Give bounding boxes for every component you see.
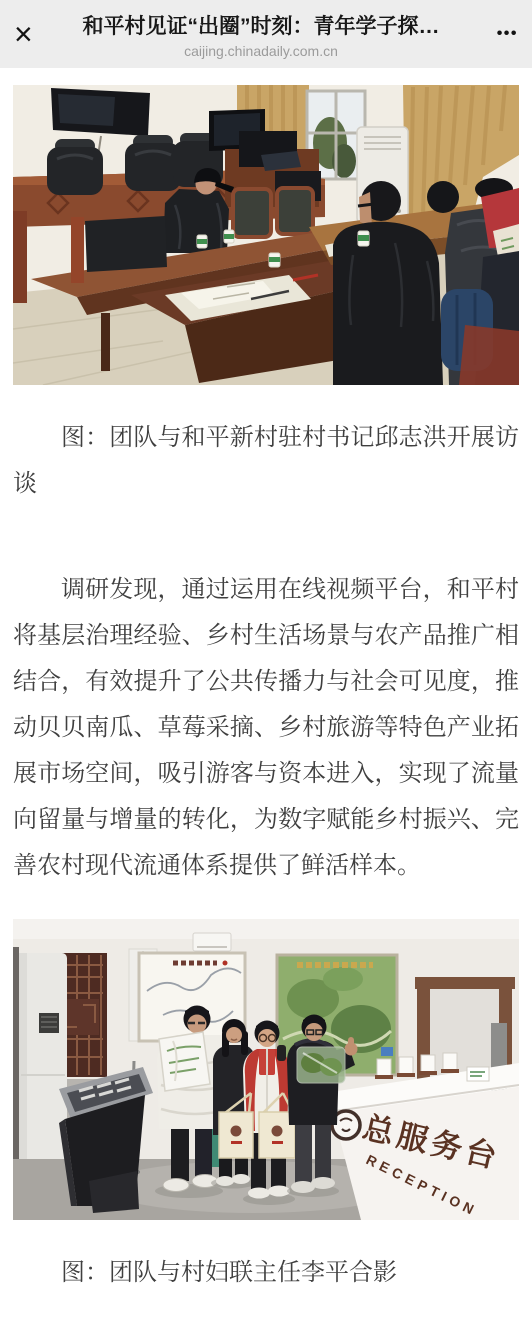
- browser-titlebar: × 和平村见证“出圈”时刻：青年学子探… caijing.chinadaily.…: [0, 0, 532, 68]
- page-domain: caijing.chinadaily.com.cn: [48, 43, 474, 59]
- article-paragraph: 调研发现，通过运用在线视频平台，和平村将基层治理经验、乡村生活场景与农产品推广相…: [13, 567, 519, 889]
- wooden-chairs: [233, 188, 313, 237]
- photo-meeting-room[interactable]: [13, 85, 519, 385]
- page-title: 和平村见证“出圈”时刻：青年学子探…: [48, 10, 474, 40]
- more-menu-icon[interactable]: •••: [474, 25, 518, 43]
- image-caption-group-photo: 图：团队与村妇联主任李平合影: [13, 1250, 519, 1296]
- image-caption-interview: 图：团队与和平新村驻村书记邱志洪开展访谈: [13, 415, 519, 507]
- titlebar-titles: 和平村见证“出圈”时刻：青年学子探… caijing.chinadaily.co…: [48, 10, 474, 59]
- ceiling-ac: [193, 933, 231, 951]
- article-body: 图：团队与和平新村驻村书记邱志洪开展访谈 调研发现，通过运用在线视频平台，和平村…: [0, 85, 532, 1322]
- cup-on-table: [358, 231, 369, 246]
- photo-reception-group[interactable]: 总服务台 RECEPTION: [13, 919, 519, 1220]
- article-image-reception[interactable]: 总服务台 RECEPTION: [13, 919, 519, 1220]
- ceiling: [13, 919, 519, 939]
- close-icon[interactable]: ×: [14, 18, 48, 50]
- article-image-meeting[interactable]: [13, 85, 519, 385]
